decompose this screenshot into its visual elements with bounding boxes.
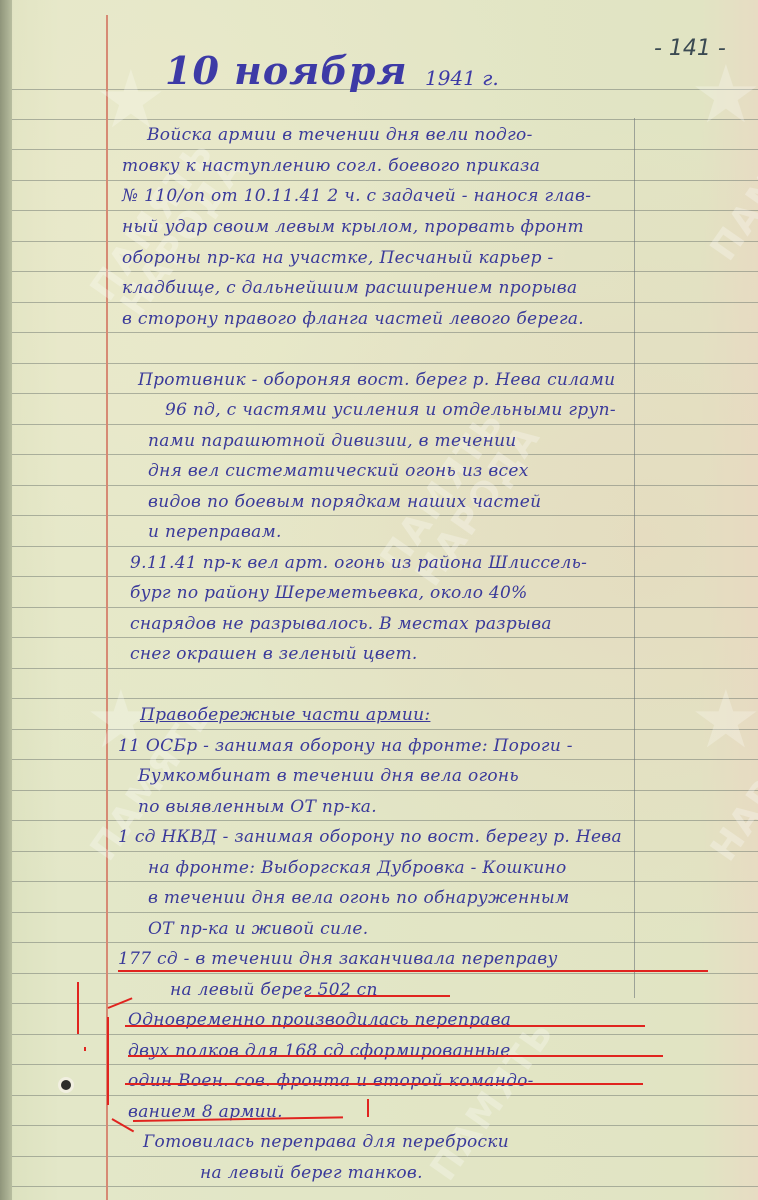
text-line: 1 сд НКВД - занимая оборону по вост. бер… — [118, 827, 622, 847]
watermark-text: ПАМЯТЬ — [423, 1013, 563, 1188]
red-bracket-side — [107, 1017, 109, 1105]
page-number: - 141 - — [654, 36, 726, 61]
ledger-page: ★ ★ ★ ★ ПАМЯТЬ НАРОДА ПАМЯТЬ ПАМЯТЬ НАРО… — [0, 0, 758, 1200]
text-line: Бумкомбинат в течении дня вела огонь — [138, 766, 519, 786]
text-line: обороны пр-ка на участке, Песчаный карье… — [122, 248, 554, 268]
date-heading: 10 ноября — [165, 48, 408, 93]
ruled-line — [12, 515, 758, 516]
red-tick-mark — [367, 1099, 369, 1117]
ruled-line — [12, 485, 758, 486]
text-line: № 110/оп от 10.11.41 2 ч. с задачей - на… — [122, 186, 591, 206]
ruled-line — [12, 1064, 758, 1065]
text-line: кладбище, с дальнейшим расширением проры… — [122, 278, 577, 298]
text-line: в сторону правого фланга частей левого б… — [122, 309, 584, 329]
text-line: на фронте: Выборгская Дубровка - Кошкино — [148, 858, 567, 878]
red-underline — [128, 1055, 663, 1057]
text-line: бург по району Шереметьевка, около 40% — [130, 583, 528, 603]
text-line: ОТ пр-ка и живой силе. — [148, 919, 368, 939]
ruled-line — [12, 332, 758, 333]
text-line: по выявленным ОТ пр-ка. — [138, 797, 377, 817]
section-heading: Правобережные части армии: — [140, 705, 430, 725]
ruled-line — [12, 942, 758, 943]
ruled-line — [12, 180, 758, 181]
ruled-line — [12, 637, 758, 638]
text-line: ный удар своим левым крылом, прорвать фр… — [122, 217, 584, 237]
text-line: товку к наступлению согл. боевого приказ… — [122, 156, 540, 176]
date-heading-text: 10 ноября — [165, 48, 408, 93]
ruled-line — [12, 393, 758, 394]
right-margin-line — [634, 118, 635, 998]
ruled-line — [12, 1156, 758, 1157]
ruled-line — [12, 607, 758, 608]
text-line: двух полков для 168 сд сформированные — [128, 1041, 511, 1061]
ruled-line — [12, 576, 758, 577]
ruled-line — [12, 912, 758, 913]
ruled-line — [12, 149, 758, 150]
text-line: снег окрашен в зеленый цвет. — [130, 644, 418, 664]
ruled-line — [12, 363, 758, 364]
red-underline — [125, 1025, 645, 1027]
text-line: Противник - обороняя вост. берег р. Нева… — [138, 370, 615, 390]
watermark-star-icon: ★ — [690, 680, 758, 760]
red-underline — [118, 970, 708, 972]
red-underline — [125, 1083, 643, 1085]
text-line: 11 ОСБр - занимая оборону на фронте: Пор… — [118, 736, 573, 756]
text-line: 177 сд - в течении дня заканчивала переп… — [118, 949, 558, 969]
ruled-line — [12, 668, 758, 669]
text-line: в течении дня вела огонь по обнаруженным — [148, 888, 569, 908]
red-exclamation-mark — [77, 982, 79, 1034]
text-line: Войска армии в течении дня вели подго- — [147, 125, 533, 145]
red-underline — [305, 995, 450, 997]
punch-hole — [61, 1080, 71, 1090]
ruled-line — [12, 1095, 758, 1096]
ruled-line — [12, 1003, 758, 1004]
watermark-star-icon: ★ — [690, 55, 758, 135]
ruled-line — [12, 1034, 758, 1035]
text-line: пами парашютной дивизии, в течении — [148, 431, 517, 451]
red-exclamation-dot — [84, 1047, 86, 1051]
text-line: снарядов не разрывалось. В местах разрыв… — [130, 614, 552, 634]
ruled-line — [12, 881, 758, 882]
text-line: на левый берег 502 сп — [170, 980, 378, 1000]
ruled-line — [12, 973, 758, 974]
ruled-line — [12, 1186, 758, 1187]
ruled-line — [12, 424, 758, 425]
page-binding-edge — [0, 0, 12, 1200]
text-line: один Воен. сов. фронта и второй командо- — [128, 1071, 534, 1091]
text-line: видов по боевым порядкам наших частей — [148, 492, 541, 512]
text-line: 9.11.41 пр-к вел арт. огонь из района Шл… — [130, 553, 587, 573]
ruled-line — [12, 454, 758, 455]
text-line: 96 пд, с частями усиления и отдельными г… — [165, 400, 616, 420]
text-line: и переправам. — [148, 522, 282, 542]
text-line: дня вел систематический огонь из всех — [148, 461, 529, 481]
date-year: 1941 г. — [425, 66, 499, 90]
text-line: Одновременно производилась переправа — [128, 1010, 511, 1030]
ruled-line — [12, 210, 758, 211]
text-line: Готовилась переправа для переброски — [143, 1132, 509, 1152]
text-line: на левый берег танков. — [200, 1163, 423, 1183]
